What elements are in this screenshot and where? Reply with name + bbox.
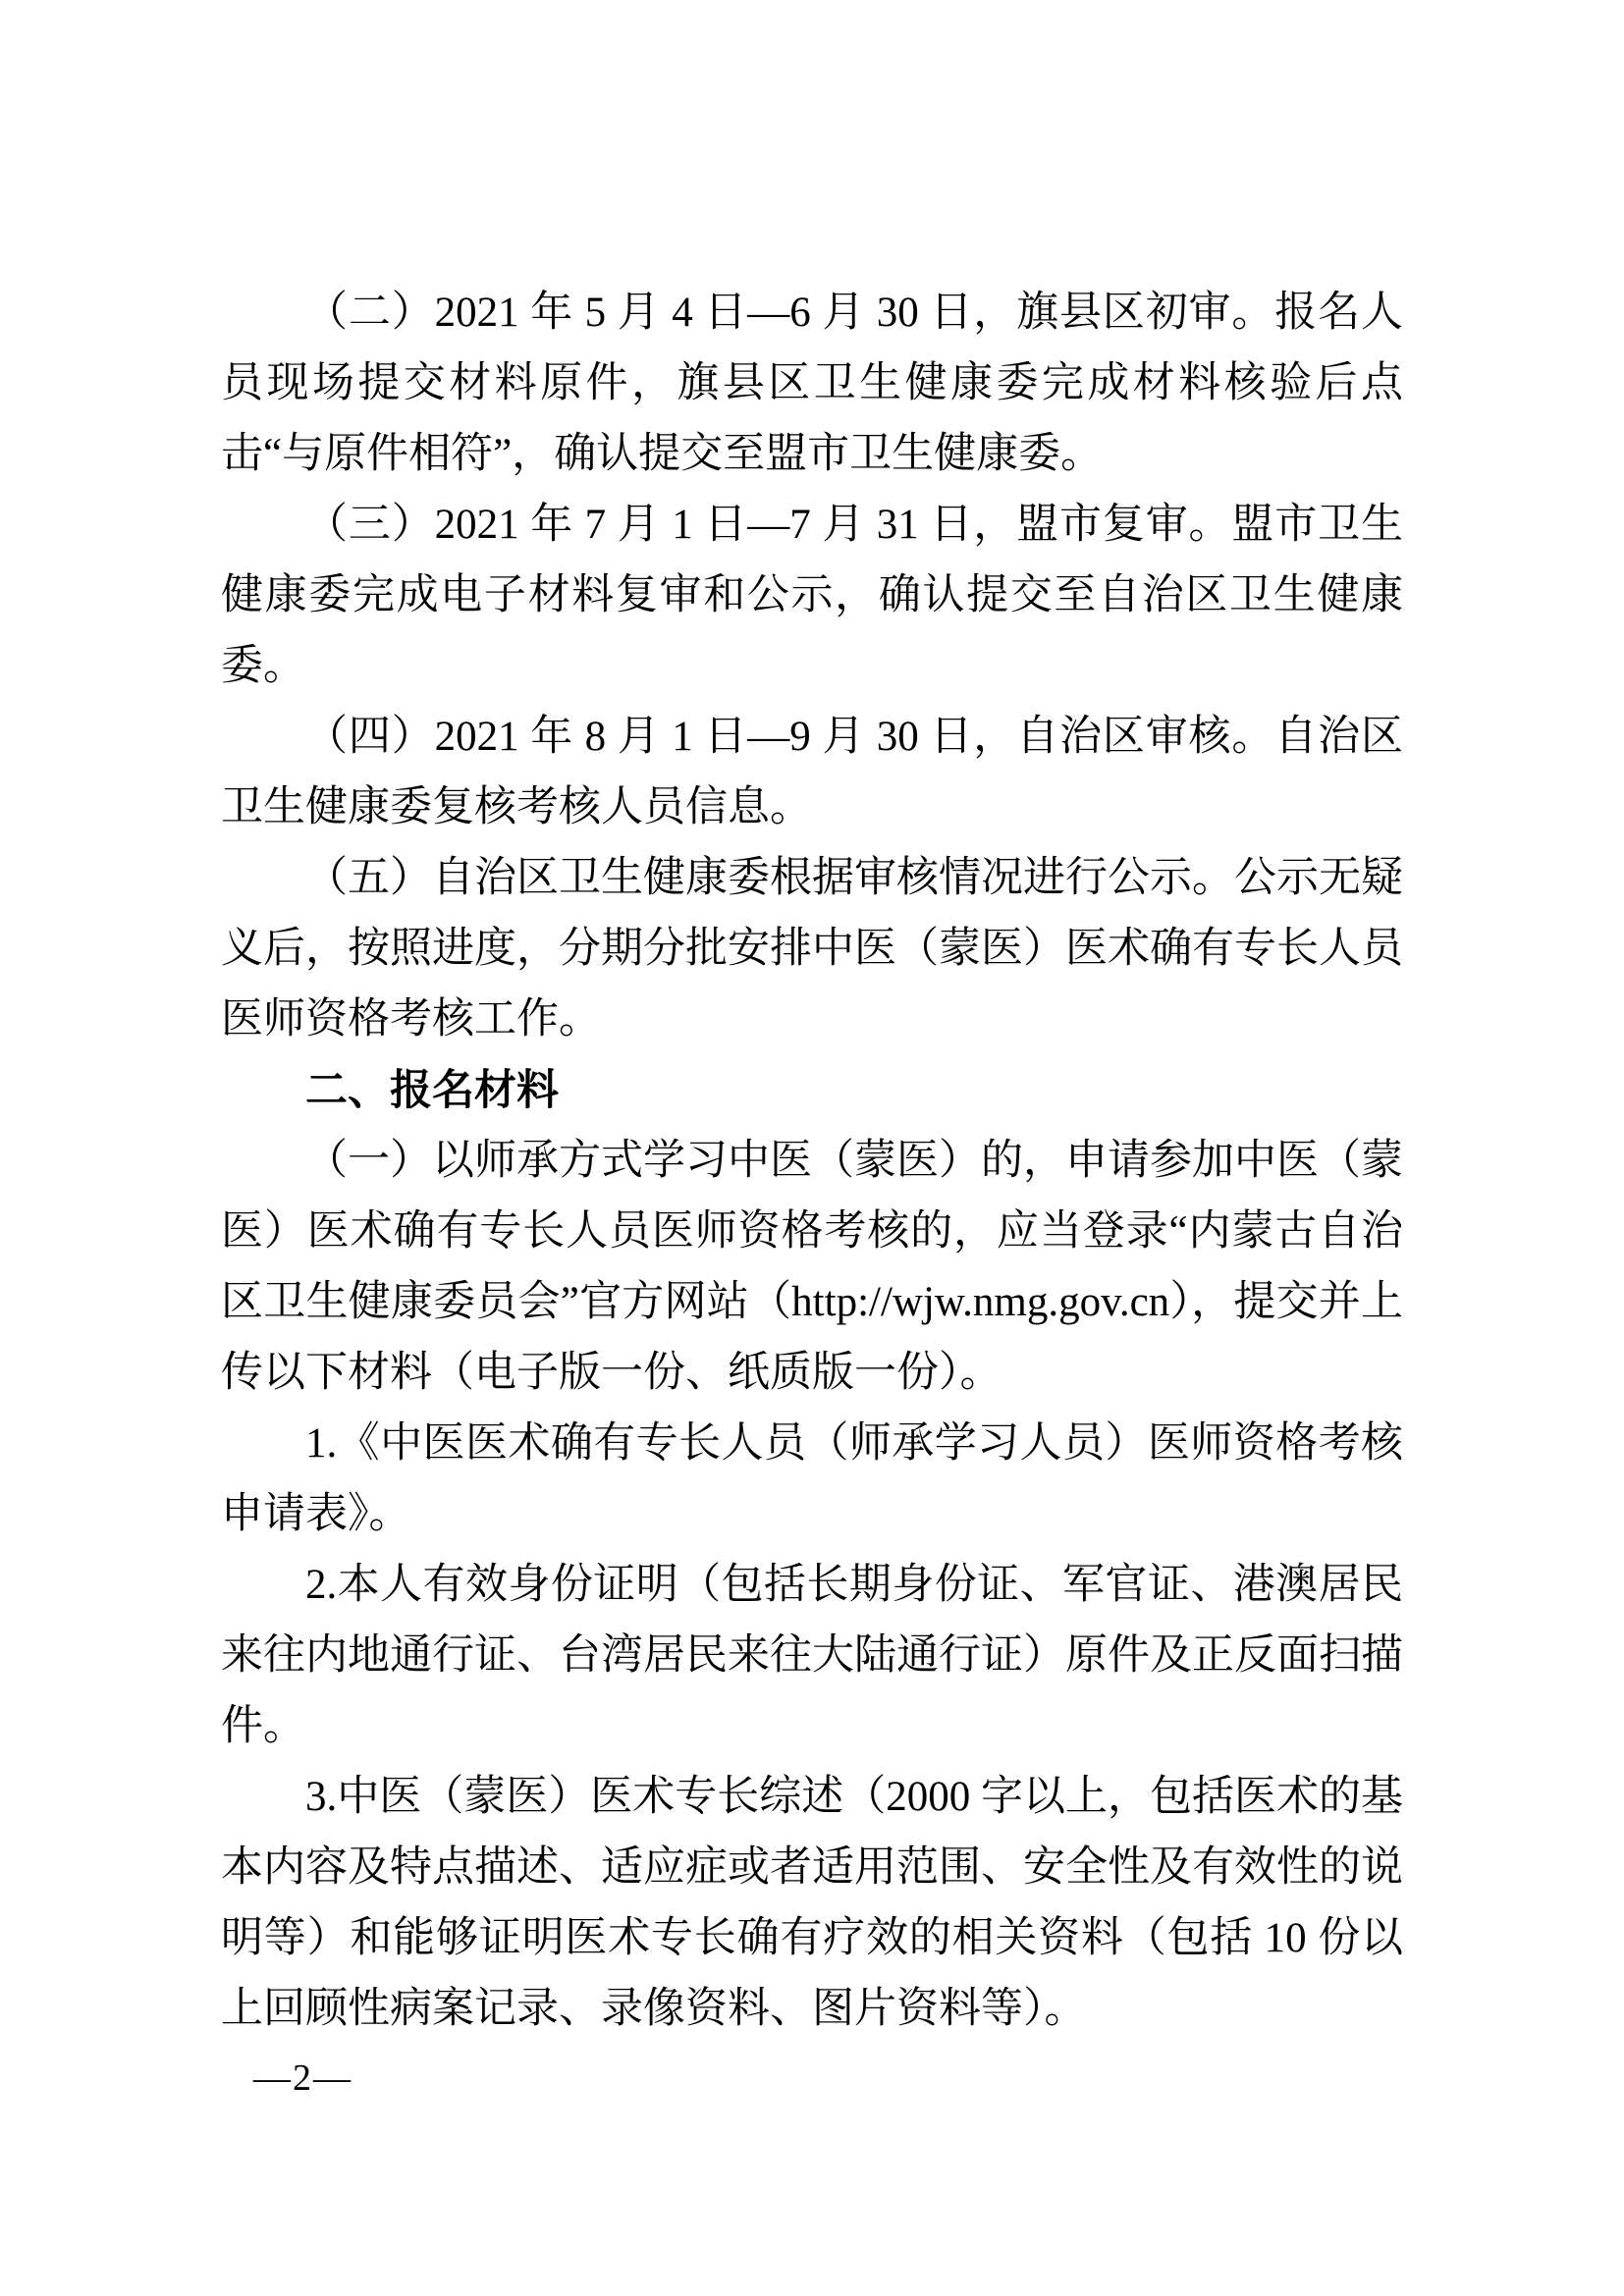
paragraph-material-2-identity: 2.本人有效身份证明（包括长期身份证、军官证、港澳居民来往内地通行证、台湾居民来… bbox=[221, 1550, 1403, 1762]
paragraph-publicity: （五）自治区卫生健康委根据审核情况进行公示。公示无疑义后，按照进度，分期分批安排… bbox=[221, 843, 1403, 1055]
paragraph-material-1-application-form: 1.《中医医术确有专长人员（师承学习人员）医师资格考核申请表》。 bbox=[221, 1409, 1403, 1550]
document-body: （二）2021 年 5 月 4 日—6 月 30 日，旗县区初审。报名人员现场提… bbox=[221, 278, 1403, 2045]
page-number: —2— bbox=[253, 2056, 352, 2101]
paragraph-apprentice-application: （一）以师承方式学习中医（蒙医）的，申请参加中医（蒙医）医术确有专长人员医师资格… bbox=[221, 1126, 1403, 1409]
document-page: （二）2021 年 5 月 4 日—6 月 30 日，旗县区初审。报名人员现场提… bbox=[0, 0, 1624, 2296]
paragraph-initial-review: （二）2021 年 5 月 4 日—6 月 30 日，旗县区初审。报名人员现场提… bbox=[221, 278, 1403, 490]
section-heading-registration-materials: 二、报名材料 bbox=[221, 1055, 1403, 1126]
paragraph-material-3-summary: 3.中医（蒙医）医术专长综述（2000 字以上，包括医术的基本内容及特点描述、适… bbox=[221, 1762, 1403, 2045]
paragraph-city-review: （三）2021 年 7 月 1 日—7 月 31 日，盟市复审。盟市卫生健康委完… bbox=[221, 490, 1403, 702]
paragraph-region-review: （四）2021 年 8 月 1 日—9 月 30 日，自治区审核。自治区卫生健康… bbox=[221, 702, 1403, 843]
